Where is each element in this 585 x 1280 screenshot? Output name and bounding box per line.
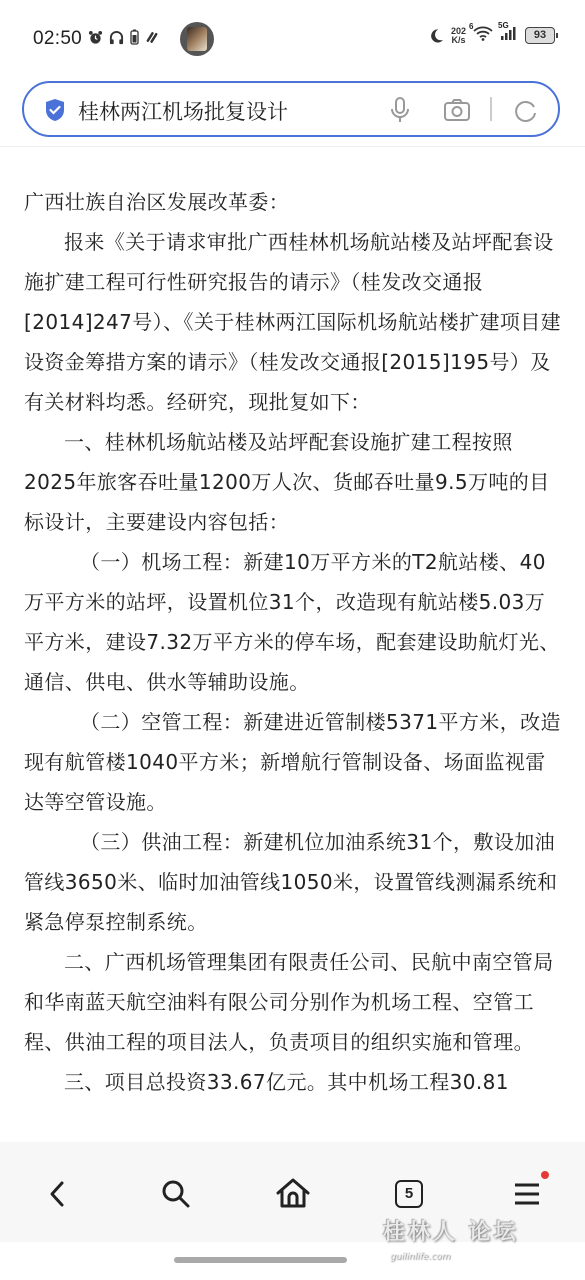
battery-saver-icon (130, 29, 139, 45)
wifi-icon (473, 26, 493, 41)
alarm-icon (88, 30, 103, 45)
status-time: 02:50 (33, 28, 82, 50)
battery-indicator: 93 (525, 27, 555, 44)
moon-icon (429, 28, 444, 44)
camera-icon[interactable] (443, 98, 471, 122)
network-speed-unit: K/s (451, 36, 466, 45)
home-button[interactable] (273, 1174, 313, 1214)
headphones-icon (109, 30, 124, 45)
home-icon (273, 1174, 313, 1214)
search-divider (490, 97, 492, 121)
search-icon (156, 1174, 196, 1214)
wifi-label: 6 (469, 22, 473, 31)
menu-icon (507, 1174, 547, 1214)
cellular-indicator: 5G (500, 26, 518, 45)
menu-button[interactable] (507, 1174, 547, 1214)
article-paragraph: 二、广西机场管理集团有限责任公司、民航中南空管局和华南蓝天航空油料有限公司分别作… (24, 942, 564, 1062)
search-query[interactable]: 桂林两江机场批复设计 (78, 96, 288, 126)
article-paragraph: （二）空管工程：新建进近管制楼5371平方米，改造现有航管楼1040平方米；新增… (24, 702, 564, 822)
tabs-button[interactable]: 5 (389, 1174, 429, 1214)
article-paragraph: 报来《关于请求审批广西桂林机场航站楼及站坪配套设施扩建工程可行性研究报告的请示》… (24, 222, 564, 422)
article-paragraph: （一）机场工程：新建10万平方米的T2航站楼、40万平方米的站坪，设置机位31个… (24, 542, 564, 702)
back-button[interactable] (38, 1174, 78, 1214)
back-chevron-icon (38, 1174, 78, 1214)
wifi-indicator: 6 (473, 26, 493, 45)
article-paragraph: 一、桂林机场航站楼及站坪配套设施扩建工程按照2025年旅客吞吐量1200万人次、… (24, 422, 564, 542)
search-button[interactable] (156, 1174, 196, 1214)
status-left-icons (88, 29, 160, 45)
tabs-icon: 5 (395, 1180, 423, 1208)
article-paragraph: 三、项目总投资33.67亿元。其中机场工程30.81 (24, 1062, 564, 1102)
article-salutation: 广西壮族自治区发展改革委： (24, 182, 564, 222)
search-input[interactable]: 桂林两江机场批复设计 (22, 81, 560, 137)
shield-check-icon (44, 98, 66, 122)
network-speed: 202 K/s (451, 27, 466, 45)
article-paragraph: （三）供油工程：新建机位加油系统31个，敷设加油管线3650米、临时加油管线10… (24, 822, 564, 942)
notification-avatar (180, 22, 214, 56)
home-indicator[interactable] (174, 1257, 347, 1263)
cellular-label: 5G (498, 21, 509, 30)
microphone-icon[interactable] (388, 96, 412, 124)
watermark-subtitle: guilinlife.com (390, 1252, 450, 1262)
link-icon (145, 30, 160, 44)
browser-address-area: 桂林两江机场批复设计 (0, 78, 585, 147)
status-right-icons: 202 K/s 6 5G 93 (429, 26, 555, 45)
status-bar: 02:50 202 K/s 6 5G 93 (0, 0, 585, 78)
article-content: 广西壮族自治区发展改革委： 报来《关于请求审批广西桂林机场航站楼及站坪配套设施扩… (24, 182, 564, 1102)
notification-dot (541, 1171, 549, 1179)
watermark-logo: 桂林人 论坛 (383, 1215, 519, 1246)
reload-icon[interactable] (513, 98, 539, 124)
